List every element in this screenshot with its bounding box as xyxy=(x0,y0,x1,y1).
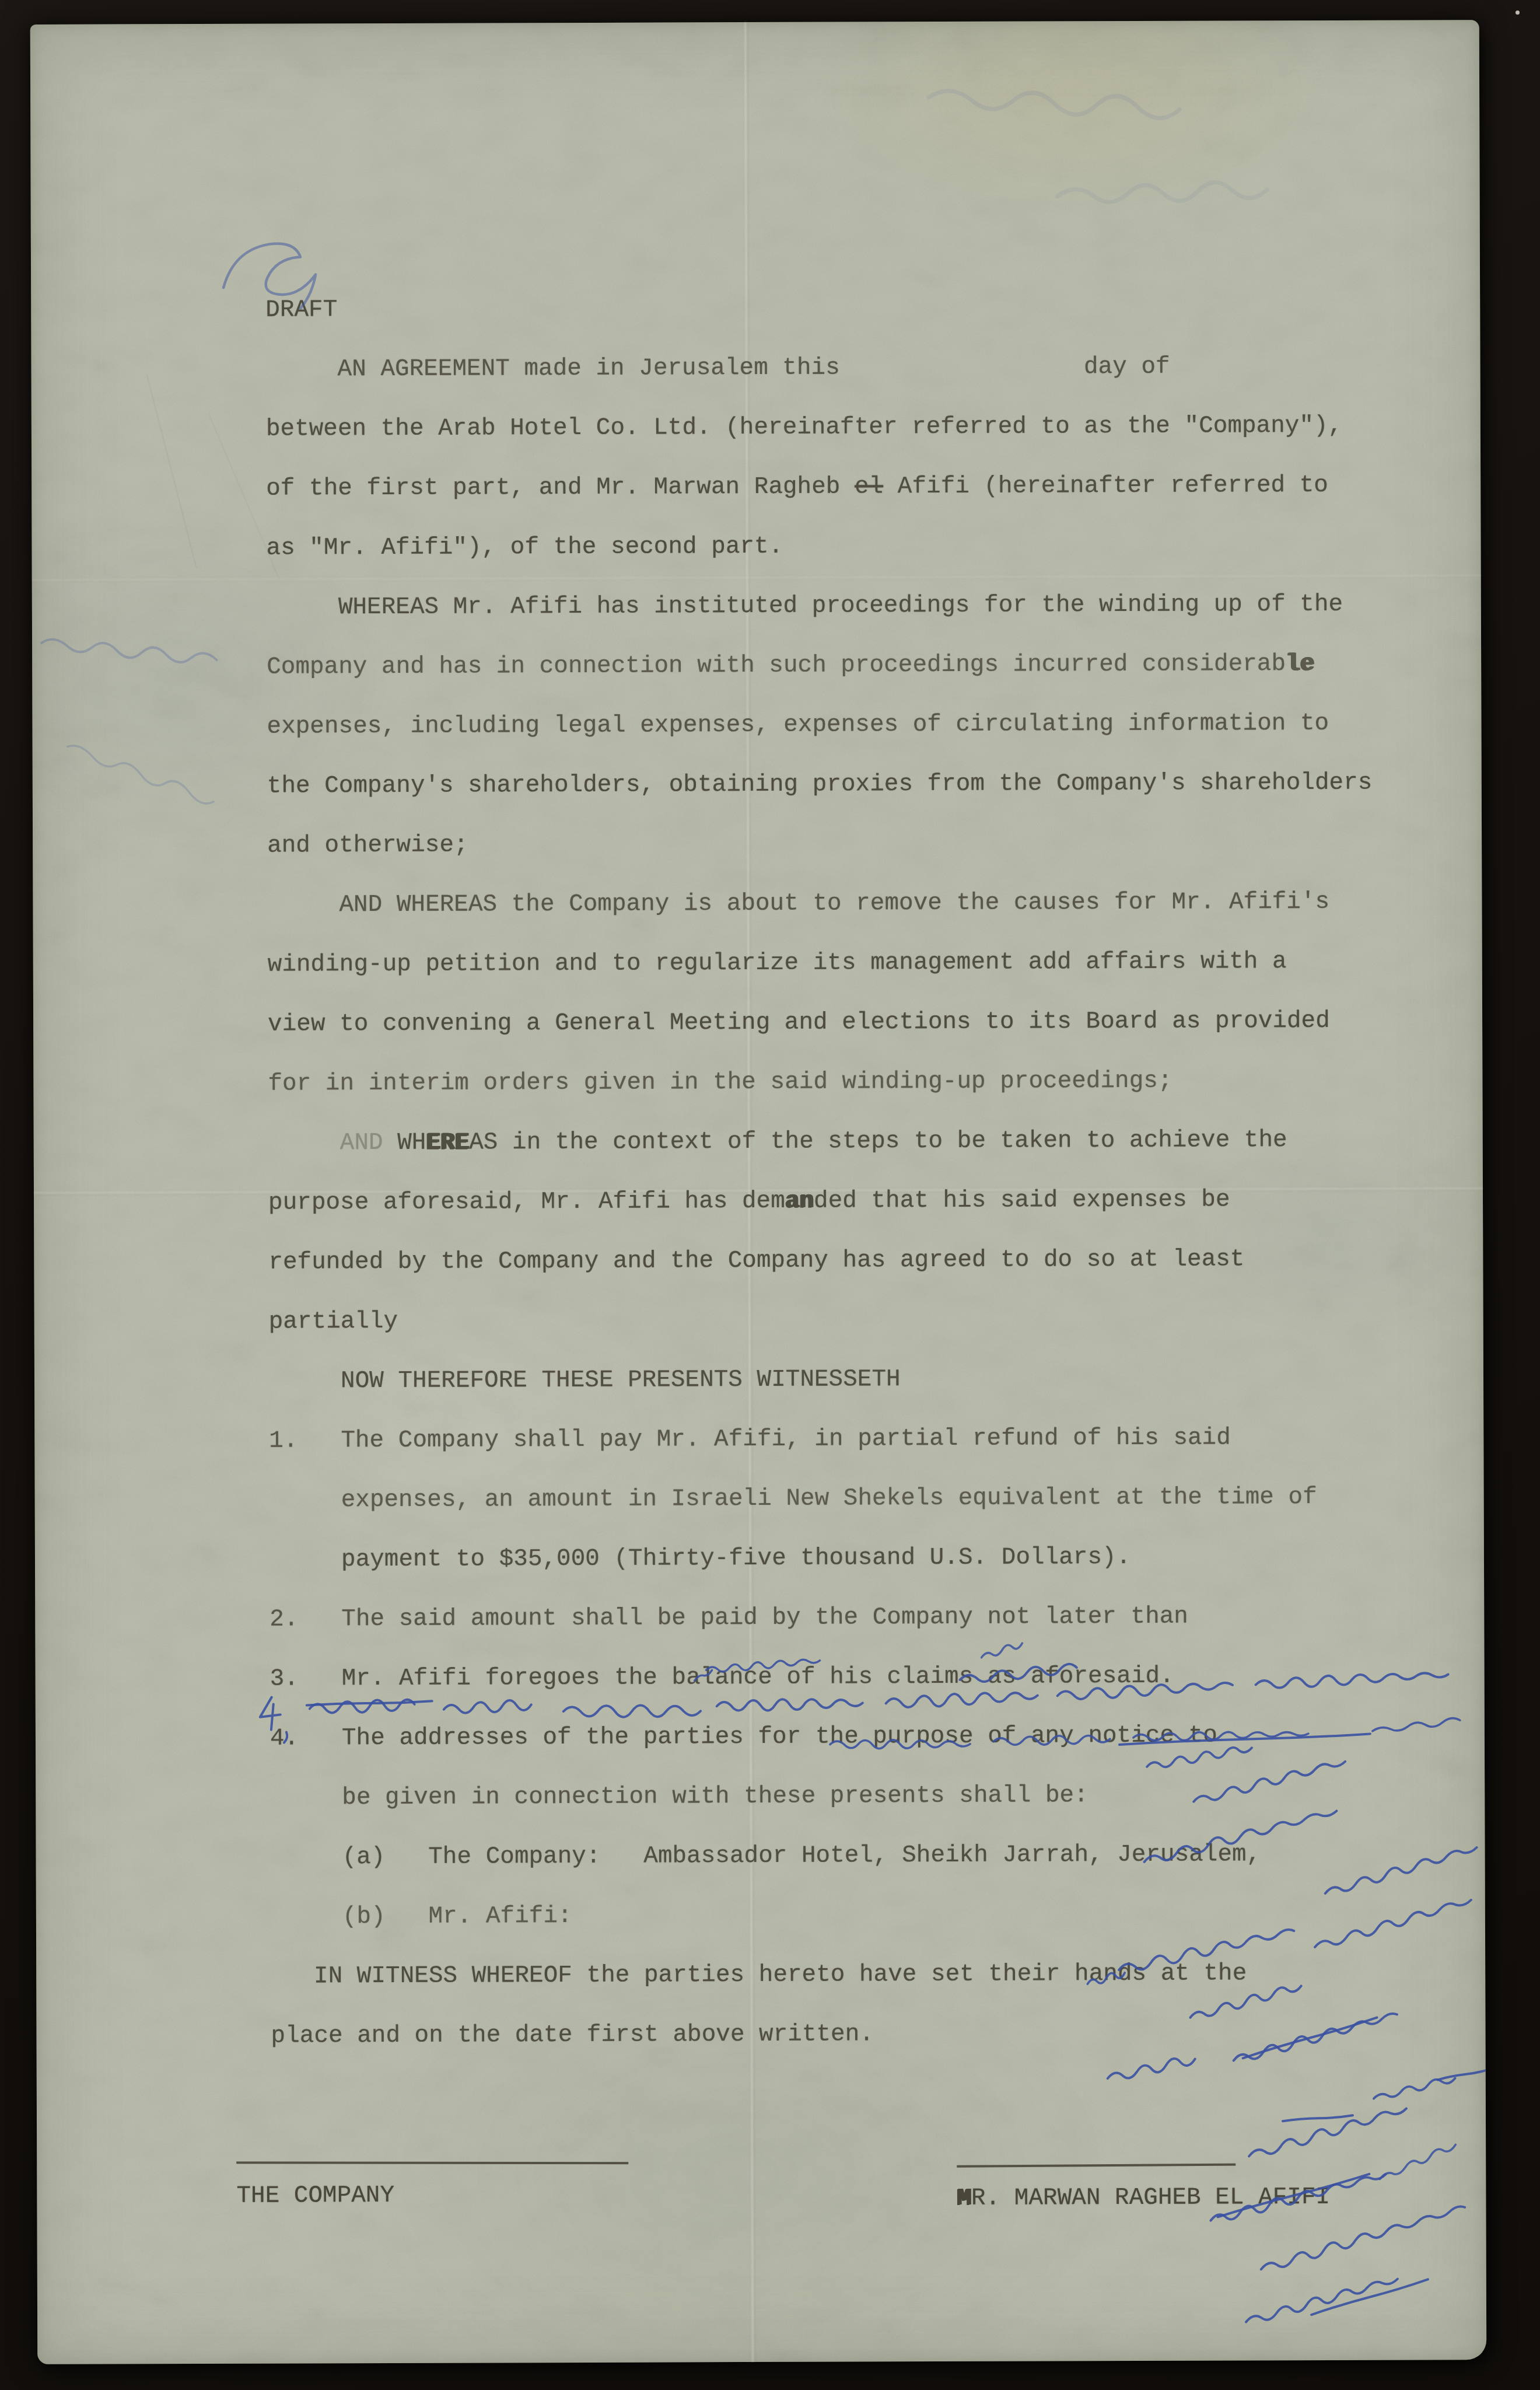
typed-line: be given in connection with these presen… xyxy=(270,1765,1375,1828)
handwritten-annotation xyxy=(1373,1718,1460,1731)
signature-label-afifi: MR. MARWAN RAGHEB EL AFIFI xyxy=(957,2184,1330,2212)
signature-label-company: THE COMPANY xyxy=(236,2182,394,2210)
typed-line: 2. The said amount shall be paid by the … xyxy=(269,1587,1375,1650)
typed-line: (b) Mr. Afifi: xyxy=(271,1884,1376,1947)
typed-line: place and on the date first above writte… xyxy=(271,2003,1376,2066)
typed-line: (a) The Company: Ambassador Hotel, Sheik… xyxy=(270,1825,1375,1888)
typed-line: and otherwise; xyxy=(267,813,1373,876)
handwritten-annotation xyxy=(1438,2069,1487,2080)
typed-line: expenses, an amount in Israeli New Sheke… xyxy=(269,1467,1374,1531)
typed-line: Company and has in connection with such … xyxy=(267,634,1372,697)
typed-line: for in interim orders given in the said … xyxy=(268,1051,1373,1114)
typed-line: 1. The Company shall pay Mr. Afifi, in p… xyxy=(269,1408,1374,1471)
handwritten-annotation xyxy=(1261,2206,1465,2269)
typed-line: as "Mr. Afifi"), of the second part. xyxy=(266,515,1371,578)
scanned-document-photo: { "page": { "background_color": "#15110d… xyxy=(0,0,1540,2390)
typed-line: payment to $35,000 (Thirty-five thousand… xyxy=(269,1527,1375,1590)
typed-line: refunded by the Company and the Company … xyxy=(268,1229,1374,1292)
handwritten-annotation xyxy=(1058,182,1268,202)
typed-line: 3. Mr. Afifi foregoes the balance of his… xyxy=(269,1646,1375,1709)
handwritten-annotation xyxy=(1374,2078,1455,2098)
signature-line-company xyxy=(236,2161,628,2164)
typed-line: DRAFT xyxy=(265,277,1371,340)
typed-lines: DRAFT AN AGREEMENT made in Jerusalem thi… xyxy=(265,277,1376,2066)
handwritten-annotation xyxy=(1249,2109,1406,2157)
handwritten-annotation xyxy=(1380,2144,1455,2179)
handwritten-annotation xyxy=(41,639,216,663)
typed-line: NOW THEREFORE THESE PRESENTS WITNESSETH xyxy=(269,1348,1374,1411)
dust-speck xyxy=(1515,11,1520,15)
handwritten-annotation xyxy=(929,90,1179,118)
typed-line: winding-up petition and to regularize it… xyxy=(268,932,1373,995)
typed-line: WHEREAS Mr. Afifi has instituted proceed… xyxy=(267,575,1372,638)
typed-line: view to convening a General Meeting and … xyxy=(268,991,1373,1054)
typed-line: of the first part, and Mr. Marwan Ragheb… xyxy=(266,456,1371,519)
signature-line-afifi xyxy=(957,2164,1235,2168)
typed-line: AND WHEREAS the Company is about to remo… xyxy=(267,872,1373,935)
typed-line: MR. MARWAN RAGHEB EL AFIFI xyxy=(957,2184,1330,2212)
typed-line: between the Arab Hotel Co. Ltd. (hereina… xyxy=(266,396,1371,459)
typed-line: AN AGREEMENT made in Jerusalem this day … xyxy=(265,337,1371,400)
paper-sheet: DRAFT AN AGREEMENT made in Jerusalem thi… xyxy=(30,20,1487,2364)
typed-line: AND WHEREAS in the context of the steps … xyxy=(268,1110,1374,1173)
typed-line: the Company's shareholders, obtaining pr… xyxy=(267,753,1373,816)
handwritten-annotation xyxy=(1283,2115,1353,2121)
typed-line: IN WITNESS WHEREOF the parties hereto ha… xyxy=(271,1944,1376,2007)
handwritten-annotation xyxy=(68,745,214,804)
typed-line: purpose aforesaid, Mr. Afifi has demande… xyxy=(268,1170,1374,1233)
handwritten-annotation xyxy=(1311,2279,1428,2315)
typed-line: THE COMPANY xyxy=(236,2182,394,2210)
typed-line: 4. The addresses of the parties for the … xyxy=(270,1706,1375,1769)
typed-line: expenses, including legal expenses, expe… xyxy=(267,694,1372,757)
typed-line: partially xyxy=(269,1289,1374,1352)
handwritten-annotation xyxy=(1246,2279,1398,2322)
crease-hairline xyxy=(147,374,197,568)
